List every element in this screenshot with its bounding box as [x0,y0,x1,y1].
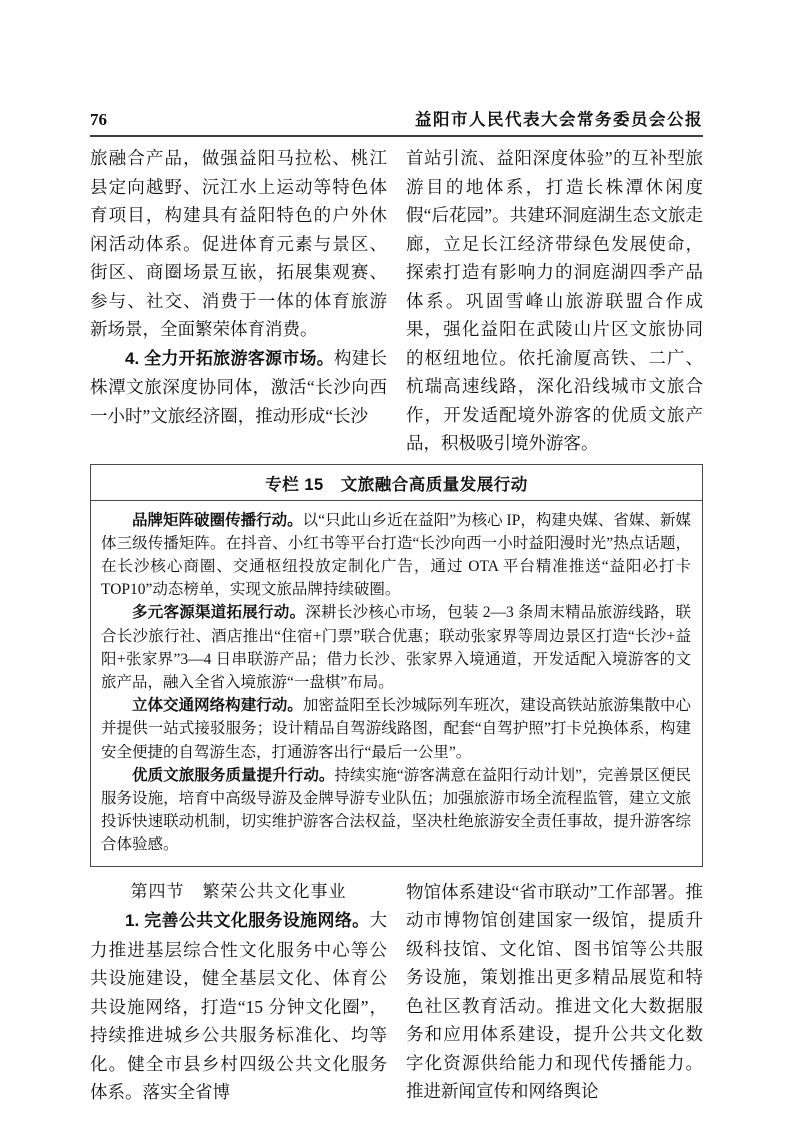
box-paragraph-lead: 多元客源渠道拓展行动。 [132,604,305,621]
feature-box-title: 专栏 15 文旅融合高质量发展行动 [91,465,702,501]
paragraph-continuation: 物馆体系建设“省市联动”工作部署。推动市博物馆创建国家一级馆，提质升级科技馆、文… [406,878,703,1106]
header-title: 益阳市人民代表大会常务委员会公报 [415,106,703,130]
section-heading: 第四节 繁荣公共文化事业 [90,878,387,907]
page-number: 76 [90,110,107,130]
bottom-columns: 第四节 繁荣公共文化事业 1. 完善公共文化服务设施网络。大力推进基层综合性文化… [90,878,703,1107]
box-paragraph-lead: 优质文旅服务质量提升行动。 [132,767,334,784]
document-page: 76 益阳市人民代表大会常务委员会公报 旅融合产品，做强益阳马拉松、桃江县定向越… [0,0,794,1122]
box-paragraph-lead: 立体交通网络构建行动。 [132,697,303,714]
bottom-left-column: 第四节 繁荣公共文化事业 1. 完善公共文化服务设施网络。大力推进基层综合性文化… [90,878,387,1107]
box-paragraph-lead: 品牌矩阵破圈传播行动。 [132,512,303,529]
feature-box-column-15: 专栏 15 文旅融合高质量发展行动 品牌矩阵破圈传播行动。以“只此山乡近在益阳”… [90,464,703,867]
box-paragraph: 品牌矩阵破圈传播行动。以“只此山乡近在益阳”为核心 IP，构建央媒、省媒、新媒体… [101,509,691,602]
feature-box-body: 品牌矩阵破圈传播行动。以“只此山乡近在益阳”为核心 IP，构建央媒、省媒、新媒体… [91,501,702,866]
paragraph-item-1: 1. 完善公共文化服务设施网络。大力推进基层综合性文化服务中心等公共设施建设，健… [90,906,387,1107]
top-left-column: 旅融合产品，做强益阳马拉松、桃江县定向越野、沅江水上运动等特色体育项目，构建具有… [90,144,387,458]
top-right-column: 首站引流、益阳深度体验”的互补型旅游目的地体系，打造长株潭休闲度假“后花园”。共… [406,144,703,458]
paragraph-text: 大力推进基层综合性文化服务中心等公共设施建设，健全基层文化、体育公共设施网络，打… [90,910,387,1102]
box-paragraph: 优质文旅服务质量提升行动。持续实施“游客满意在益阳行动计划”，完善景区便民服务设… [101,764,691,857]
top-columns: 旅融合产品，做强益阳马拉松、桃江县定向越野、沅江水上运动等特色体育项目，构建具有… [90,144,703,458]
paragraph-continuation: 首站引流、益阳深度体验”的互补型旅游目的地体系，打造长株潭休闲度假“后花园”。共… [406,144,703,458]
paragraph-continuation: 旅融合产品，做强益阳马拉松、桃江县定向越野、沅江水上运动等特色体育项目，构建具有… [90,144,387,344]
paragraph-lead: 4. 全力开拓旅游客源市场。 [125,349,334,368]
page-header: 76 益阳市人民代表大会常务委员会公报 [90,106,703,137]
paragraph-item-4: 4. 全力开拓旅游客源市场。构建长株潭文旅深度协同体，激活“长沙向西一小时”文旅… [90,344,387,431]
box-paragraph: 立体交通网络构建行动。加密益阳至长沙城际列车班次，建设高铁站旅游集散中心并提供一… [101,694,691,764]
box-paragraph: 多元客源渠道拓展行动。深耕长沙核心市场，包装 2—3 条周末精品旅游线路，联合长… [101,601,691,694]
bottom-right-column: 物馆体系建设“省市联动”工作部署。推动市博物馆创建国家一级馆，提质升级科技馆、文… [406,878,703,1107]
paragraph-lead: 1. 完善公共文化服务设施网络。 [125,911,370,930]
